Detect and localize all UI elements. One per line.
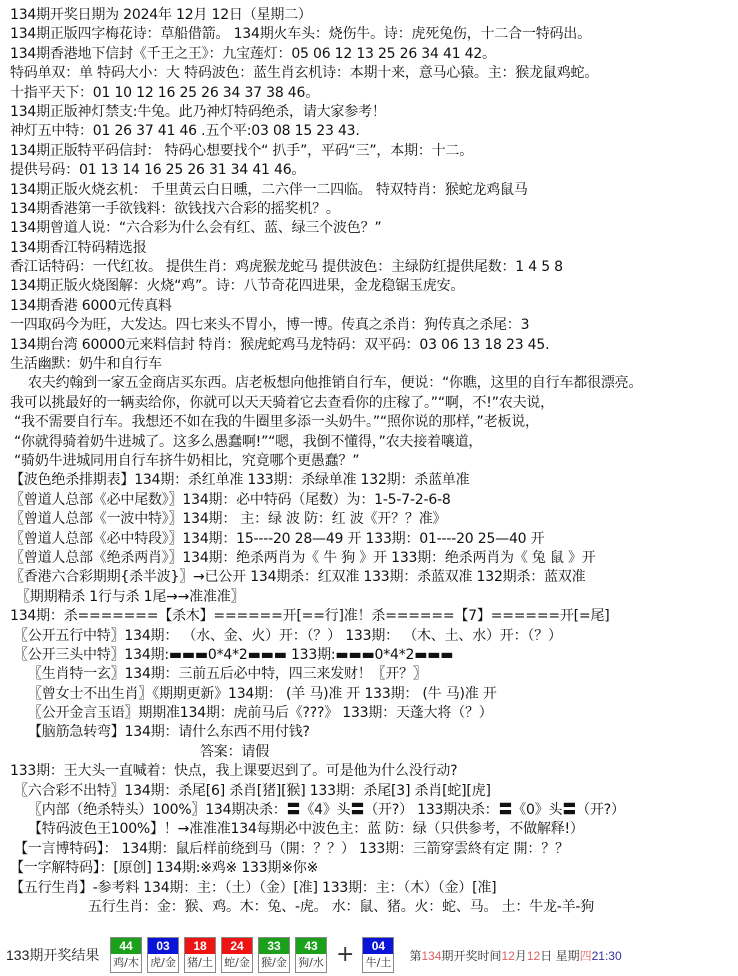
text-line: “我不需要自行车。我想还不如在我的牛圈里多添一头奶牛。”“照你说的那样，”老板说… — [10, 413, 738, 432]
next-draw-time: 第134期开奖时间12月12日 星期四21:30 — [409, 947, 621, 964]
result-ball: 44鸡/木 — [110, 937, 142, 973]
next-draw-mid: 期开奖时间 — [441, 949, 501, 963]
ball-zodiac: 虎/金 — [148, 954, 178, 972]
ball-zodiac: 猴/金 — [259, 954, 289, 972]
text-line: 农夫约翰到一家五金商店买东西。店老板想向他推销自行车，便说：“你瞧，这里的自行车… — [10, 374, 738, 393]
text-line: 〖曾道人总部《必中特段》〗134期：15----20 28—49 开 133期：… — [10, 530, 738, 549]
text-line: 134期香港地下信封《千王之王》：九宝莲灯：05 06 12 13 25 26 … — [10, 45, 738, 64]
text-line: 〖公开三头中特〗134期:▬▬▬0*4*2▬▬▬ 133期:▬▬▬0*4*2▬▬… — [10, 646, 738, 665]
ball-zodiac: 蛇/金 — [222, 954, 252, 972]
text-line: 特码单双：单 特码大小：大 特码波色：蓝生肖玄机诗：本期十来，意马心猿。主：猴龙… — [10, 64, 738, 83]
text-line: 〖生肖特一玄〗134期：三前五后必中特，四三来发财！〖开？〗 — [10, 665, 738, 684]
ball-number: 18 — [185, 938, 215, 954]
next-draw-clock: 21:30 — [592, 949, 622, 963]
text-line: “骑奶牛进城同用自行车挤牛奶相比，究竟哪个更愚蠢？” — [10, 452, 738, 471]
result-ball: 18猪/土 — [184, 937, 216, 973]
text-line: 【一字解特码】：[原创] 134期:※鸡※ 133期※你※ — [10, 859, 738, 878]
ball-number: 33 — [259, 938, 289, 954]
special-ball: 04 牛/土 — [362, 937, 394, 973]
text-line: 133期：王大头一直喊着：快点，我上课要迟到了。可是他为什么没行动? — [10, 762, 738, 781]
ball-number: 24 — [222, 938, 252, 954]
text-line: 【脑筋急转弯】134期：请什么东西不用付钱? — [10, 723, 738, 742]
text-line: 一四取码今为旺，大发达。四七来头不胃小，博一博。传真之杀肖：狗传真之杀尾：3 — [10, 316, 738, 335]
text-line: 134期：杀=======【杀木】======开[==行]准！杀======【7… — [10, 607, 738, 626]
result-balls: 44鸡/木03虎/金18猪/土24蛇/金33猴/金43狗/水 — [110, 937, 332, 973]
ball-zodiac: 鸡/木 — [111, 954, 141, 972]
result-ball: 43狗/水 — [295, 937, 327, 973]
ball-number: 43 — [296, 938, 326, 954]
text-line: 134期正版特平码信封： 特码心想要找个“ 扒手”，平码“三”，本期：十二。 — [10, 142, 738, 161]
next-draw-weekday: 四 — [580, 949, 592, 963]
text-line: 134期曾道人说：“六合彩为什么会有红、蓝、绿三个波色？” — [10, 219, 738, 238]
text-line: “你就得骑着奶牛进城了。这多么愚蠢啊!”“嗯，我倒不懂得，”农夫接着嚷道， — [10, 433, 738, 452]
text-line: 【波色绝杀排期表】134期：杀红单准 133期：杀绿单准 132期：杀蓝单准 — [10, 471, 738, 490]
result-ball: 33猴/金 — [258, 937, 290, 973]
draw-result-bar: 133期开奖结果 44鸡/木03虎/金18猪/土24蛇/金33猴/金43狗/水 … — [0, 934, 738, 976]
plus-sign: + — [336, 937, 354, 973]
text-line: 〖香港六合彩期期{杀半波}〗→已公开 134期杀：红双准 133期：杀蓝双准 1… — [10, 568, 738, 587]
ball-number: 44 — [111, 938, 141, 954]
result-ball: 24蛇/金 — [221, 937, 253, 973]
text-line: 134期香港第一手欲钱料：欲钱找六合彩的摇奖机？。 — [10, 200, 738, 219]
next-draw-month-unit: 月 — [515, 949, 527, 963]
text-line: 提供号码：01 13 14 16 25 26 31 34 41 46。 — [10, 161, 738, 180]
text-line: 〖曾女士不出生肖〗《期期更新》134期： (羊 马)准 开 133期： (牛 马… — [10, 685, 738, 704]
text-line: 134期香港 6000元传真料 — [10, 297, 738, 316]
next-draw-month: 12 — [502, 949, 515, 963]
special-ball-number: 04 — [363, 938, 393, 954]
text-line: 香江话特码：一代红妆。 提供生肖：鸡虎猴龙蛇马 提供波色：主绿防红提供尾数：1 … — [10, 258, 738, 277]
text-line: 134期正版四字梅花诗：草船借箭。 134期火车头：烧伤牛。诗：虎死兔伤，十二合… — [10, 25, 738, 44]
result-ball: 03虎/金 — [147, 937, 179, 973]
next-draw-issue: 134 — [421, 949, 441, 963]
next-draw-prefix: 第 — [409, 949, 421, 963]
text-line: 神灯五中特：01 26 37 41 46 .五个平:03 08 15 23 43… — [10, 122, 738, 141]
text-line: 134期正版火烧图解：火烧“鸡”。诗：八节奇花四进果，金龙稳锯玉虎安。 — [10, 277, 738, 296]
text-line: 〖曾道人总部《一波中特》〗134期： 主：绿 波 防：红 波《开？？准》 — [10, 510, 738, 529]
ball-zodiac: 猪/土 — [185, 954, 215, 972]
text-line: 【五行生肖】-参考料 134期：主：（土）（金）[准] 133期：主：（木）（金… — [10, 879, 738, 898]
next-draw-day: 12 — [527, 949, 540, 963]
text-line: 【特码波色王100%】！→准准准134每期必中波色主：蓝 防：绿（只供参考，不做… — [10, 820, 738, 839]
ball-number: 03 — [148, 938, 178, 954]
ball-zodiac: 狗/水 — [296, 954, 326, 972]
text-line: 〖期期精杀 1行与杀 1尾→→准准准〗 — [10, 588, 738, 607]
text-line: 【一言博特码】： 134期：鼠后样前绕到马（開：？？） 133期：三箭穿雲終有定… — [10, 840, 738, 859]
text-line: 134期正版神灯禁支:牛兔。此乃神灯特码绝杀，请大家参考！ — [10, 103, 738, 122]
text-line: 〖曾道人总部《绝杀两肖》〗134期：绝杀两肖为《 牛 狗 》开 133期：绝杀两… — [10, 549, 738, 568]
text-line: 134期香江特码精选报 — [10, 239, 738, 258]
text-line: 〖公开金言玉语〗期期准134期：虎前马后《???》 133期：天蓬大将（？） — [10, 704, 738, 723]
text-line: 十指平天下：01 10 12 16 25 26 34 37 38 46。 — [10, 84, 738, 103]
lottery-document: 134期开奖日期为 2024年 12月 12日（星期二）134期正版四字梅花诗：… — [10, 6, 738, 917]
special-ball-zodiac: 牛/土 — [363, 954, 393, 972]
draw-result-label: 133期开奖结果 — [6, 945, 110, 965]
text-line: 〖内部（绝杀特头）100%〗134期决杀：〓《4》头〓（开?） 133期决杀：〓… — [10, 801, 738, 820]
text-line: 134期开奖日期为 2024年 12月 12日（星期二） — [10, 6, 738, 25]
text-line: 134期正版火烧玄机： 千里黄云白日曛，二六伴一二四临。 特双特肖：猴蛇龙鸡鼠马 — [10, 181, 738, 200]
text-line: 生活幽默：奶牛和自行车 — [10, 355, 738, 374]
text-line: 〖六合彩不出特〗134期：杀尾[6] 杀肖[猪][猴] 133期：杀尾[3] 杀… — [10, 782, 738, 801]
text-line: 五行生肖：金：猴、鸡。木：兔、-虎。 水：鼠、猪。火：蛇、马。 土：牛龙-羊-狗 — [10, 898, 738, 917]
text-line: 我可以挑最好的一辆卖给你，你就可以天天骑着它去查看你的庄稼了。”“啊，不!”农夫… — [10, 394, 738, 413]
text-line: 答案：请假 — [10, 743, 738, 762]
text-line: 134期台湾 60000元来料信封 特肖：猴虎蛇鸡马龙特码：双平码：03 06 … — [10, 336, 738, 355]
next-draw-day-unit: 日 星期 — [540, 949, 579, 963]
text-line: 〖公开五行中特〗134期： （水、金、火）开：（？） 133期： （木、土、水）… — [10, 627, 738, 646]
text-line: 〖曾道人总部《必中尾数》〗134期：必中特码（尾数）为：1-5-7-2-6-8 — [10, 491, 738, 510]
